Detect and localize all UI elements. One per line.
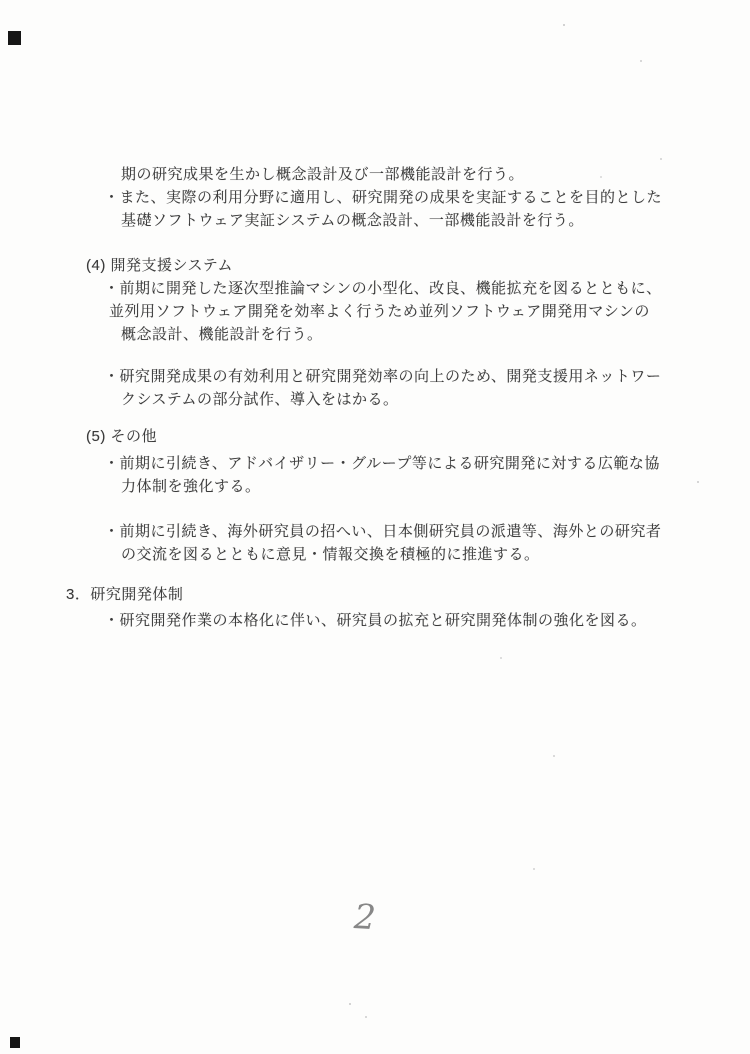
- text-line: ・前期に開発した逐次型推論マシンの小型化、改良、機能拡充を図るとともに、: [104, 277, 750, 300]
- text-line: 基礎ソフトウェア実証システムの概念設計、一部機能設計を行う。: [121, 209, 750, 232]
- text-line: 期の研究成果を生かし概念設計及び一部機能設計を行う。: [121, 163, 750, 186]
- paragraph-gap: [0, 498, 750, 520]
- section-heading-5: (5) その他: [86, 425, 750, 448]
- paragraph-gap: [0, 566, 750, 583]
- text-line: 概念設計、機能設計を行う。: [121, 323, 750, 346]
- text-line: ・前期に引続き、海外研究員の招へい、日本側研究員の派遣等、海外との研究者: [104, 520, 750, 543]
- text-line: ・研究開発成果の有効利用と研究開発効率の向上のため、開発支援用ネットワー: [104, 365, 750, 388]
- scan-speckles: [563, 24, 565, 26]
- text-line: クシステムの部分試作、導入をはかる。: [121, 388, 750, 411]
- section-heading-3: 3．研究開発体制: [66, 583, 750, 606]
- section-heading-4: (4) 開発支援システム: [86, 254, 750, 277]
- text-line: ・また、実際の利用分野に適用し、研究開発の成果を実証することを目的とした: [104, 186, 750, 209]
- text-line: の交流を図るとともに意見・情報交換を積極的に推進する。: [121, 543, 750, 566]
- document-body: 期の研究成果を生かし概念設計及び一部機能設計を行う。 ・また、実際の利用分野に適…: [0, 163, 750, 632]
- text-line: 力体制を強化する。: [121, 475, 750, 498]
- scanned-document-page: 期の研究成果を生かし概念設計及び一部機能設計を行う。 ・また、実際の利用分野に適…: [0, 0, 750, 1054]
- paragraph-gap: [0, 411, 750, 425]
- scan-mark-top-left: [8, 31, 21, 45]
- text-line: ・前期に引続き、アドバイザリー・グループ等による研究開発に対する広範な協: [104, 452, 750, 475]
- paragraph-gap: [0, 232, 750, 254]
- text-line: 並列用ソフトウェア開発を効率よく行うため並列ソフトウェア開発用マシンの: [109, 300, 750, 323]
- paragraph-gap: [0, 346, 750, 365]
- handwritten-page-number: 2: [353, 897, 395, 939]
- text-line: ・研究開発作業の本格化に伴い、研究員の拡充と研究開発体制の強化を図る。: [104, 609, 750, 632]
- scan-mark-bottom-left: [10, 1037, 20, 1048]
